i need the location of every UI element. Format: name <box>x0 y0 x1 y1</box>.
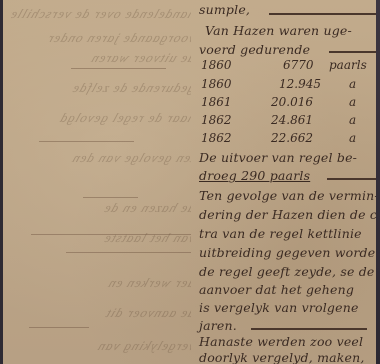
table-value: 20.016 <box>271 95 313 109</box>
text-line: tra van de regel kettlinie <box>199 226 362 241</box>
table-year: 1862 <box>201 113 232 127</box>
bleed-line: van het laatste <box>11 230 191 244</box>
text-line: Ten gevolge van de vermin- <box>199 188 379 203</box>
line-filler-rule <box>329 51 380 53</box>
bleed-rule <box>83 197 138 198</box>
text-line: sumple, <box>199 2 250 17</box>
bleed-line: de hazen en de <box>11 200 191 214</box>
bleed-line: de aanvoer dit <box>11 305 191 319</box>
text-line: uitbreiding gegeven worden, <box>199 245 380 260</box>
bleed-rule <box>39 141 134 142</box>
table-value: 12.945 <box>279 77 321 91</box>
table-value: 6770 <box>283 58 314 72</box>
text-line: jaren. <box>199 318 237 333</box>
table-unit: a <box>349 113 356 127</box>
table-year: 1860 <box>201 58 232 72</box>
handwritten-column: sumple, Van Hazen waren uge- voerd gedur… <box>199 0 371 364</box>
text-line-content: Van Hazen waren uge- <box>205 23 352 38</box>
text-line: is vergelyk van vrolgene <box>199 300 359 315</box>
table-unit: a <box>349 131 356 145</box>
text-line: de regel geeft zeyde, se de <box>199 264 375 279</box>
table-unit: paarls <box>329 58 367 72</box>
bleed-rule <box>66 252 191 253</box>
bleed-rule <box>31 234 191 235</box>
line-filler-rule <box>251 328 367 330</box>
table-year: 1862 <box>201 131 232 145</box>
bleed-line: ten gevolge van den <box>11 150 191 164</box>
text-line: aanvoer dat het geheng <box>199 282 354 297</box>
table-year: 1861 <box>201 95 232 109</box>
bleed-rule <box>29 327 89 328</box>
text-line: doorlyk vergelyd, maken, <box>199 350 365 364</box>
table-unit: a <box>349 95 356 109</box>
bleed-through-text: handelende over de verschillende voorgaa… <box>11 0 191 364</box>
bleed-line: gedurende de zelfde <box>11 80 191 94</box>
bleed-line: naar de regel gevolgd <box>11 110 191 124</box>
bleed-line: vergelyking van <box>11 338 191 352</box>
text-line: dering der Hazen dien de con- <box>199 207 380 222</box>
line-filler-rule <box>269 13 380 15</box>
text-line: droeg 290 paarls <box>199 168 310 183</box>
text-line: De uitvoer van regel be- <box>199 150 357 165</box>
text-line: voerd gedurende <box>199 42 310 57</box>
bleed-line: de uitvoer waren <box>11 50 191 64</box>
line-filler-rule <box>327 178 380 180</box>
scan-right-edge <box>376 0 380 364</box>
bleed-line: voorgaande jaren onder <box>11 30 191 44</box>
bleed-line: handelende over de verschillende <box>11 6 191 20</box>
text-line: Hanaste werden zoo veel <box>199 334 363 349</box>
table-value: 24.861 <box>271 113 313 127</box>
bleed-rule <box>71 68 166 69</box>
table-unit: a <box>349 77 356 91</box>
table-year: 1860 <box>201 77 232 91</box>
text-line: Van Hazen waren uge- <box>205 23 352 38</box>
table-value: 22.662 <box>271 131 313 145</box>
manuscript-page: handelende over de verschillende voorgaa… <box>3 0 376 364</box>
bleed-line: der werken en <box>11 275 191 289</box>
